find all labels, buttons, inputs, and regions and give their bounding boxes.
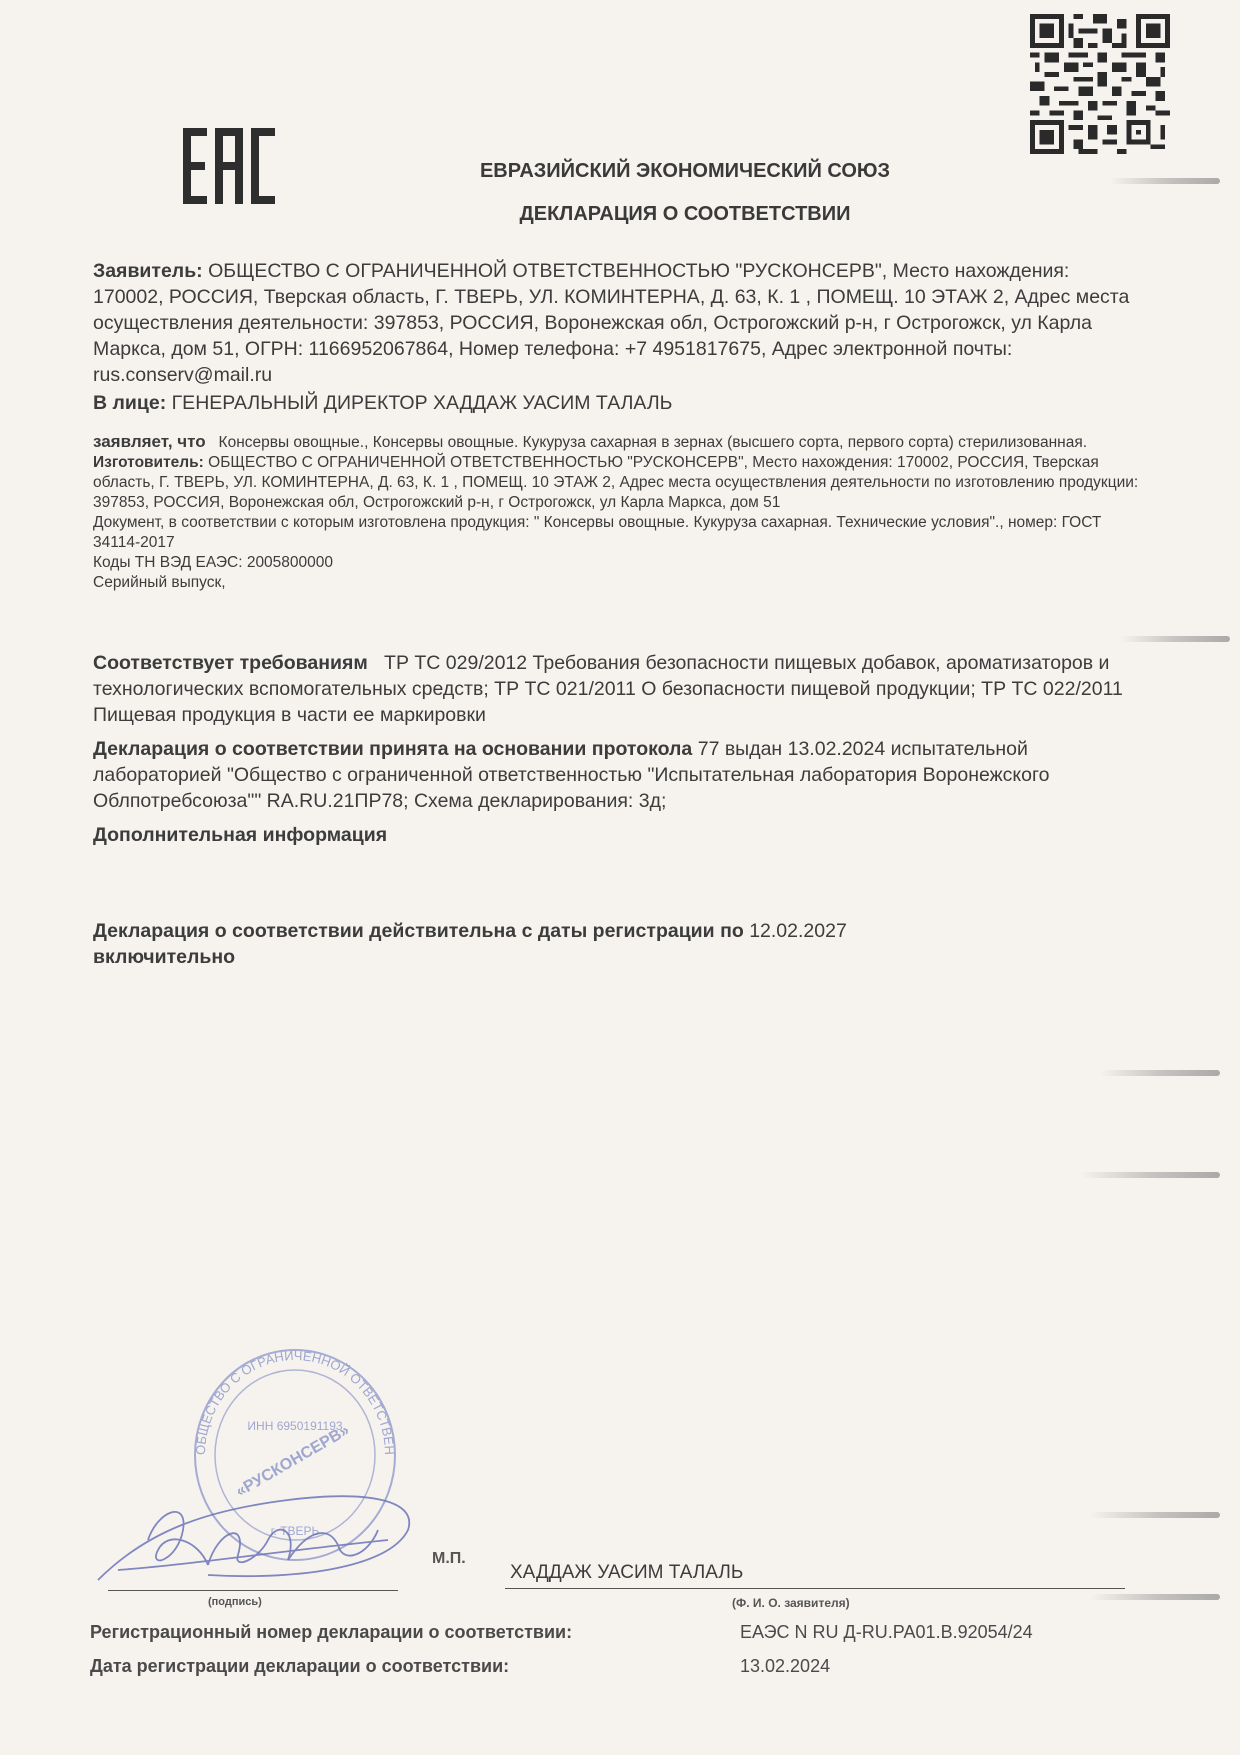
document-line: Документ, в соответствии с которым изгот… bbox=[93, 513, 1143, 553]
scan-artifact bbox=[1080, 1172, 1220, 1178]
manufacturer-label: Изготовитель: bbox=[93, 454, 204, 471]
scan-artifact bbox=[1100, 1070, 1220, 1076]
applicant-label: Заявитель: bbox=[93, 260, 203, 282]
name-line bbox=[505, 1588, 1125, 1589]
serial-line: Серийный выпуск, bbox=[93, 573, 1143, 593]
basis-label: Декларация о соответствии принята на осн… bbox=[93, 738, 692, 760]
scan-artifact bbox=[1090, 1512, 1220, 1518]
signature bbox=[88, 1470, 428, 1590]
scan-artifact bbox=[1090, 1594, 1220, 1600]
represented-by-text: ГЕНЕРАЛЬНЫЙ ДИРЕКТОР ХАДДАЖ УАСИМ ТАЛАЛЬ bbox=[172, 392, 673, 414]
name-caption: (Ф. И. О. заявителя) bbox=[732, 1596, 850, 1610]
basis-section: Декларация о соответствии принята на осн… bbox=[93, 736, 1143, 814]
applicant-name: ХАДДАЖ УАСИМ ТАЛАЛЬ bbox=[510, 1562, 743, 1584]
registration-date: 13.02.2024 bbox=[740, 1656, 830, 1677]
qr-code-icon bbox=[1030, 14, 1170, 154]
codes-line: Коды ТН ВЭД ЕАЭС: 2005800000 bbox=[93, 553, 1143, 573]
manufacturer-text: ОБЩЕСТВО С ОГРАНИЧЕННОЙ ОТВЕТСТВЕННОСТЬЮ… bbox=[93, 454, 1138, 511]
validity-date: 12.02.2027 bbox=[749, 920, 847, 942]
signature-caption: (подпись) bbox=[208, 1596, 262, 1608]
signature-line bbox=[108, 1590, 398, 1591]
product-section: заявляет, что Консервы овощные., Консерв… bbox=[93, 432, 1143, 593]
union-heading: ЕВРАЗИЙСКИЙ ЭКОНОМИЧЕСКИЙ СОЮЗ bbox=[0, 160, 1240, 183]
validity-section: Декларация о соответствии действительна … bbox=[93, 918, 1143, 970]
scan-artifact bbox=[1120, 636, 1230, 642]
svg-text:ОБЩЕСТВО С ОГРАНИЧЕННОЙ ОТВЕТС: ОБЩЕСТВО С ОГРАНИЧЕННОЙ ОТВЕТСТВЕННОСТЬЮ bbox=[180, 1335, 397, 1455]
registration-number: ЕАЭС N RU Д-RU.РА01.В.92054/24 bbox=[740, 1622, 1033, 1643]
registration-date-label: Дата регистрации декларации о соответств… bbox=[90, 1656, 509, 1677]
registration-number-label: Регистрационный номер декларации о соотв… bbox=[90, 1622, 572, 1643]
validity-suffix: включительно bbox=[93, 944, 1143, 970]
conforms-section: Соответствует требованиям ТР ТС 029/2012… bbox=[93, 650, 1143, 728]
additional-info-label: Дополнительная информация bbox=[93, 822, 1143, 848]
qr-code bbox=[1030, 14, 1170, 154]
declares-text: Консервы овощные., Консервы овощные. Кук… bbox=[219, 434, 1088, 451]
applicant-text: ОБЩЕСТВО С ОГРАНИЧЕННОЙ ОТВЕТСТВЕННОСТЬЮ… bbox=[93, 260, 1129, 386]
applicant-section: Заявитель: ОБЩЕСТВО С ОГРАНИЧЕННОЙ ОТВЕТ… bbox=[93, 258, 1143, 388]
scan-artifact bbox=[1110, 178, 1220, 184]
mp-label: М.П. bbox=[432, 1550, 466, 1568]
validity-label: Декларация о соответствии действительна … bbox=[93, 920, 744, 942]
signature-scribble-icon bbox=[88, 1470, 428, 1590]
declares-label: заявляет, что bbox=[93, 432, 206, 451]
document-title: ДЕКЛАРАЦИЯ О СООТВЕТСТВИИ bbox=[0, 203, 1240, 226]
represented-by-label: В лице: bbox=[93, 392, 166, 414]
conforms-label: Соответствует требованиям bbox=[93, 652, 368, 674]
represented-by-section: В лице: ГЕНЕРАЛЬНЫЙ ДИРЕКТОР ХАДДАЖ УАСИ… bbox=[93, 390, 1143, 416]
